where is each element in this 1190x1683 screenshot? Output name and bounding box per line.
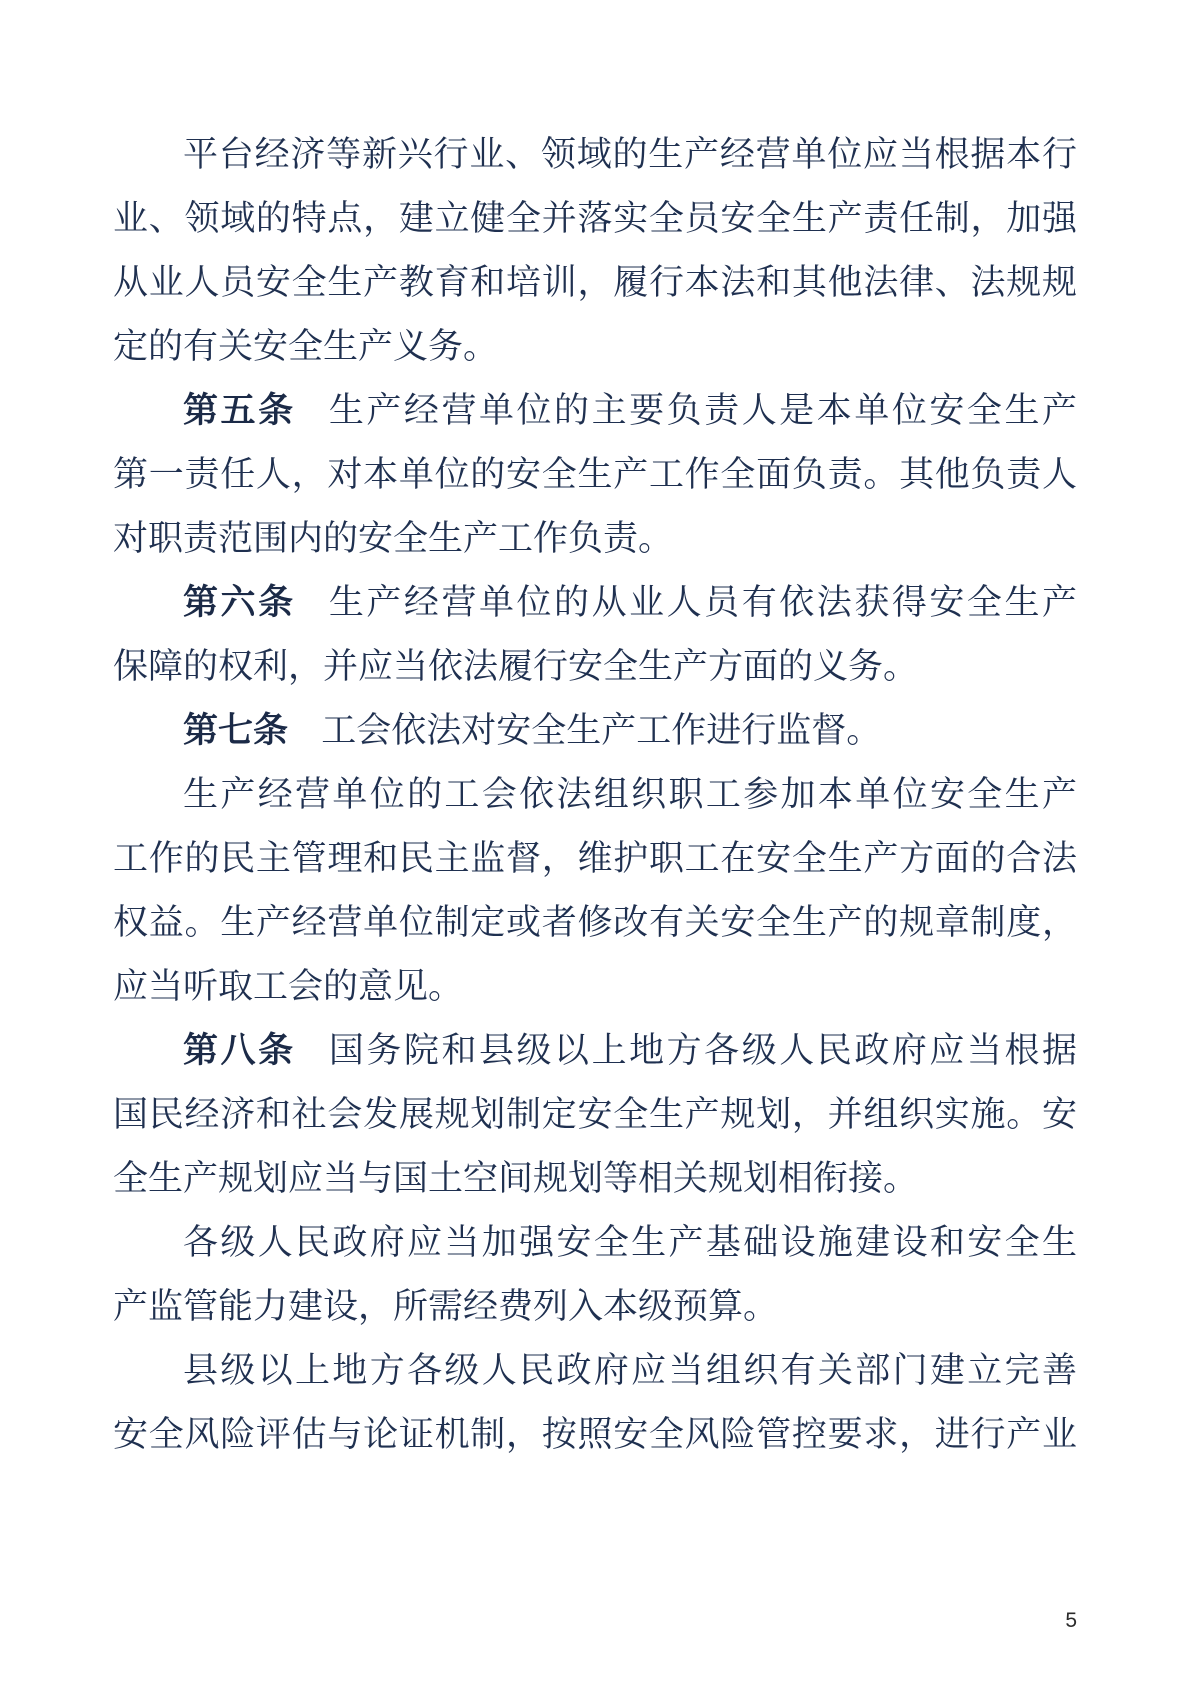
document-page: 平台经济等新兴行业、领域的生产经营单位应当根据本行 业、领域的特点，建立健全并落… xyxy=(0,0,1190,1683)
text-line: 各级人民政府应当加强安全生产基础设施建设和安全生 xyxy=(113,1211,1077,1275)
text-line: 全生产规划应当与国土空间规划等相关规划相衔接。 xyxy=(113,1147,1077,1211)
line-text: 定的有关安全生产义务。 xyxy=(113,327,498,366)
line-text: 全生产规划应当与国土空间规划等相关规划相衔接。 xyxy=(113,1159,918,1198)
line-text: 平台经济等新兴行业、领域的生产经营单位应当根据本行 xyxy=(183,135,1077,174)
line-text: 生产经营单位的主要负责人是本单位安全生产 xyxy=(329,391,1077,430)
text-line: 应当听取工会的意见。 xyxy=(113,955,1077,1019)
line-text: 工会依法对安全生产工作进行监督。 xyxy=(321,711,881,750)
text-line: 安全风险评估与论证机制，按照安全风险管控要求，进行产业 xyxy=(113,1403,1077,1467)
line-text: 业、领域的特点，建立健全并落实全员安全生产责任制，加强 xyxy=(113,199,1077,238)
text-line: 国民经济和社会发展规划制定安全生产规划，并组织实施。安 xyxy=(113,1083,1077,1147)
text-line-article-8: 第八条国务院和县级以上地方各级人民政府应当根据 xyxy=(113,1019,1077,1083)
line-text: 第一责任人，对本单位的安全生产工作全面负责。其他负责人 xyxy=(113,455,1077,494)
text-line: 定的有关安全生产义务。 xyxy=(113,315,1077,379)
line-text: 产监管能力建设，所需经费列入本级预算。 xyxy=(113,1287,778,1326)
text-line: 从业人员安全生产教育和培训，履行本法和其他法律、法规规 xyxy=(113,251,1077,315)
line-text: 生产经营单位的工会依法组织职工参加本单位安全生产 xyxy=(183,775,1077,814)
text-line: 权益。生产经营单位制定或者修改有关安全生产的规章制度， xyxy=(113,891,1077,955)
text-line: 对职责范围内的安全生产工作负责。 xyxy=(113,507,1077,571)
text-line: 业、领域的特点，建立健全并落实全员安全生产责任制，加强 xyxy=(113,187,1077,251)
text-line: 平台经济等新兴行业、领域的生产经营单位应当根据本行 xyxy=(113,123,1077,187)
text-line: 第一责任人，对本单位的安全生产工作全面负责。其他负责人 xyxy=(113,443,1077,507)
text-line: 工作的民主管理和民主监督，维护职工在安全生产方面的合法 xyxy=(113,827,1077,891)
line-text: 应当听取工会的意见。 xyxy=(113,967,463,1006)
article-number: 第五条 xyxy=(183,391,296,430)
line-text: 权益。生产经营单位制定或者修改有关安全生产的规章制度， xyxy=(113,903,1077,942)
article-number: 第六条 xyxy=(183,583,296,622)
text-line-article-7: 第七条工会依法对安全生产工作进行监督。 xyxy=(113,699,1077,763)
text-line-article-5: 第五条生产经营单位的主要负责人是本单位安全生产 xyxy=(113,379,1077,443)
text-line: 产监管能力建设，所需经费列入本级预算。 xyxy=(113,1275,1077,1339)
line-text: 保障的权利，并应当依法履行安全生产方面的义务。 xyxy=(113,647,918,686)
line-text: 生产经营单位的从业人员有依法获得安全生产 xyxy=(329,583,1077,622)
line-text: 从业人员安全生产教育和培训，履行本法和其他法律、法规规 xyxy=(113,263,1077,302)
line-text: 安全风险评估与论证机制，按照安全风险管控要求，进行产业 xyxy=(113,1415,1077,1454)
article-number: 第七条 xyxy=(183,711,288,750)
text-line: 县级以上地方各级人民政府应当组织有关部门建立完善 xyxy=(113,1339,1077,1403)
text-line: 保障的权利，并应当依法履行安全生产方面的义务。 xyxy=(113,635,1077,699)
article-number: 第八条 xyxy=(183,1031,296,1070)
line-text: 各级人民政府应当加强安全生产基础设施建设和安全生 xyxy=(183,1223,1077,1262)
line-text: 国民经济和社会发展规划制定安全生产规划，并组织实施。安 xyxy=(113,1095,1077,1134)
line-text: 国务院和县级以上地方各级人民政府应当根据 xyxy=(329,1031,1077,1070)
page-number: 5 xyxy=(1017,1608,1077,1634)
line-text: 工作的民主管理和民主监督，维护职工在安全生产方面的合法 xyxy=(113,839,1077,878)
line-text: 县级以上地方各级人民政府应当组织有关部门建立完善 xyxy=(183,1351,1077,1390)
document-body: 平台经济等新兴行业、领域的生产经营单位应当根据本行 业、领域的特点，建立健全并落… xyxy=(113,123,1077,1467)
line-text: 对职责范围内的安全生产工作负责。 xyxy=(113,519,673,558)
text-line-article-6: 第六条生产经营单位的从业人员有依法获得安全生产 xyxy=(113,571,1077,635)
text-line: 生产经营单位的工会依法组织职工参加本单位安全生产 xyxy=(113,763,1077,827)
